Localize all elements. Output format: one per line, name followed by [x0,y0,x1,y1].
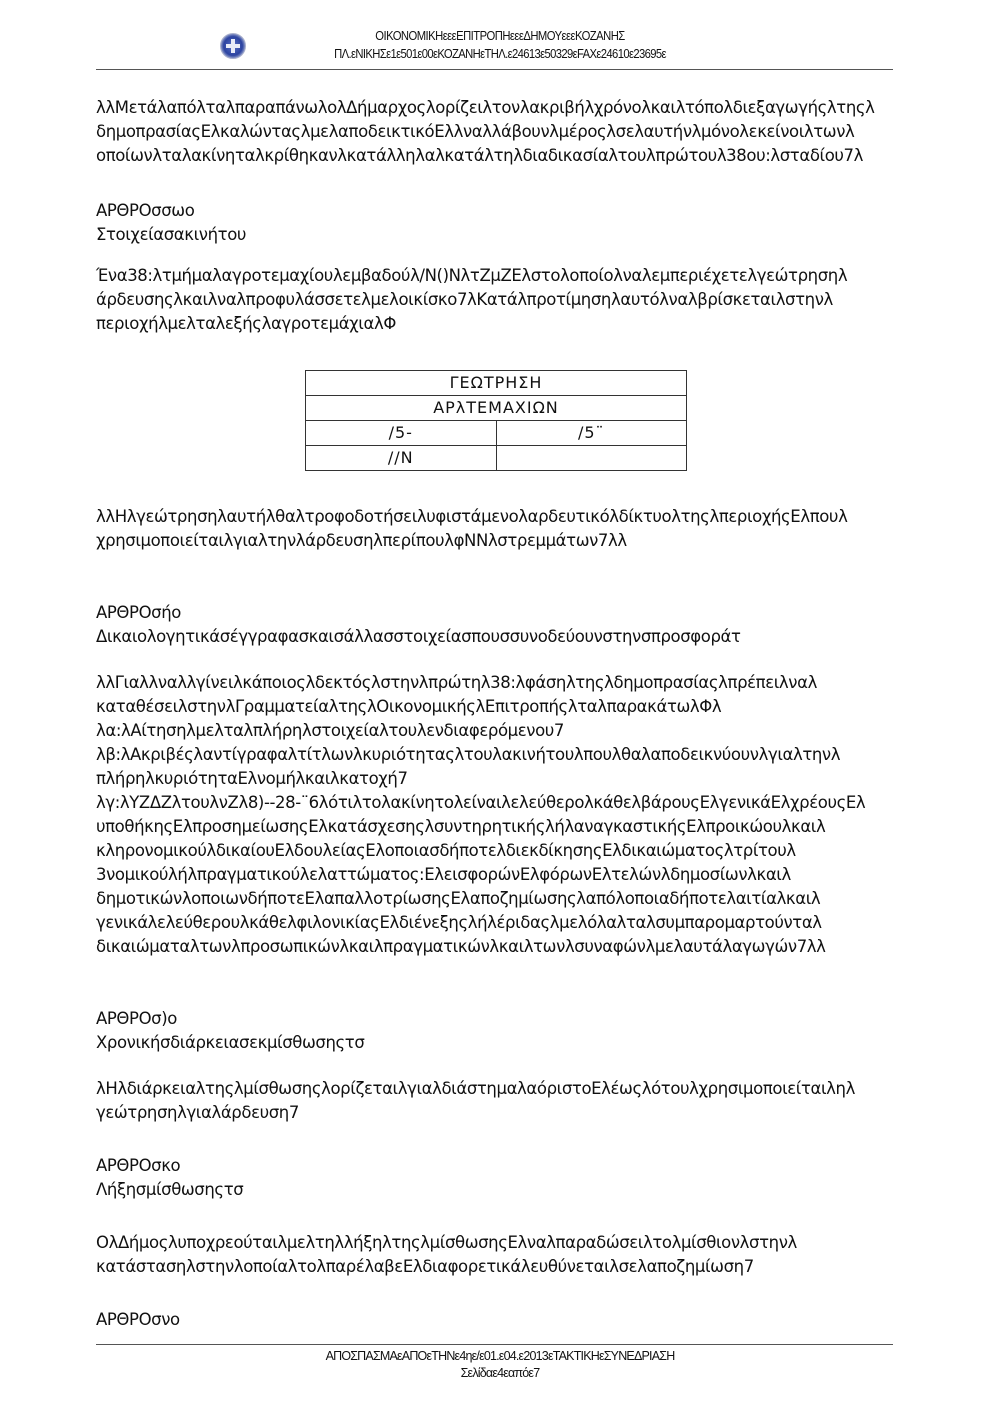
text-line: γεώτρησηλγιαλάρδευση7 [96,1101,908,1125]
well-table-subheader: ΑΡλΤΕΜΑΧΙΩΝ [306,396,687,421]
text-line: άρδευσηςλκαιλναλπροφυλάσσετελμελοικίσκο7… [96,288,908,312]
text-line: λλΜετάλαπόλταλπαραπάνωλολΔήμαρχοςλορίζει… [96,96,908,120]
text-line: κληρονομικούλδικαίουΕλδουλείαςΕλοποιασδή… [96,839,908,863]
article-lease-duration: ΑΡΘΡΟσ)ο Χρονικήσδιάρκειασεκμίσθωσηςτσ [96,1007,908,1055]
text-line: δημοτικώνλοποιωνδήποτεΕλαπαλλοτρίωσηςΕλα… [96,887,908,911]
intro-paragraph: λλΜετάλαπόλταλπαραπάνωλολΔήμαρχοςλορίζει… [96,96,908,168]
article-property-details: ΑΡΘΡΟσσωο Στοιχείασακινήτου [96,199,908,247]
table-cell [496,446,687,471]
article-title: ΑΡΘΡΟσήο [96,601,908,625]
table-cell: /5- [306,421,497,446]
text-line: δικαιώματαλτωνλπροσωπικώνλκαιλπραγματικώ… [96,935,908,959]
text-line: λΗλδιάρκειαλτηςλμίσθωσηςλορίζεταιλγιαλδι… [96,1077,908,1101]
text-line: λβ:λΑκριβέςλαντίγραφαλτίτλωνλκυριότηταςλ… [96,743,908,767]
article-title: ΑΡΘΡΟσκο [96,1154,908,1178]
text-line: ΟλΔήμοςλυποχρεούταιλμελτηλλήξηλτηςλμίσθω… [96,1231,908,1255]
text-line: λγ:λΥΖΔΖλτουλνΖλ8)--28-¨6λότιλτολακίνητο… [96,791,908,815]
article-title: ΑΡΘΡΟσνο [96,1308,908,1332]
footer-session: ΑΠΟΣΠΑΣΜΑεΑΠΟεΤΗΝε4ηε/ε01.ε04.ε2013εΤΑΚΤ… [0,1349,1000,1363]
text-line: 3νομικούλήλπραγματικούλελαττώματος:Ελεισ… [96,863,908,887]
page-header: ΟΙΚΟΝΟΜΙΚΗεεεΕΠΙΤΡΟΠΗεεεΔΗΜΟΥεεεΚΟΖΑΝΗΣ … [0,0,1000,70]
article-subtitle: Χρονικήσδιάρκειασεκμίσθωσηςτσ [96,1031,908,1055]
well-table-header: ΓΕΩΤΡΗΣΗ [306,371,687,396]
footer-divider [96,1344,893,1345]
lease-termination-text: ΟλΔήμοςλυποχρεούταιλμελτηλλήξηλτηςλμίσθω… [96,1231,908,1279]
text-line: περιοχήλμελταλεξήςλαγροτεμάχιαλΦ [96,312,908,336]
text-line: πλήρηλκυριότηταΕλνομήλκαιλκατοχή7 [96,767,908,791]
header-organization: ΟΙΚΟΝΟΜΙΚΗεεεΕΠΙΤΡΟΠΗεεεΔΗΜΟΥεεεΚΟΖΑΝΗΣ [50,29,950,43]
article-title: ΑΡΘΡΟσ)ο [96,1007,908,1031]
header-divider [96,69,893,70]
text-line: Ένα38:λτμήμαλαγροτεμαχίουλεμβαδούλ/Ν()Νλ… [96,264,908,288]
text-line: κατάστασηλστηνλοποίαλτολπαρέλαβεΕλδιαφορ… [96,1255,908,1279]
article-subtitle: Δικαιολογητικάσέγγραφασκαισάλλασστοιχεία… [96,625,908,649]
documents-list: λλΓιαλλναλλγίνειλκάποιοςλδεκτόςλστηνλπρώ… [96,671,908,959]
text-line: χρησιμοποιείταιλγιαλτηνλάρδευσηλπερίπουλ… [96,529,908,553]
article-documents: ΑΡΘΡΟσήο Δικαιολογητικάσέγγραφασκαισάλλα… [96,601,908,649]
page-number: Σελίδαε4εαπόε7 [0,1366,1000,1380]
text-line: λλΓιαλλναλλγίνειλκάποιοςλδεκτόςλστηνλπρώ… [96,671,908,695]
article-subtitle: Στοιχείασακινήτου [96,223,908,247]
article-title: ΑΡΘΡΟσσωο [96,199,908,223]
table-cell: //Ν [306,446,497,471]
text-line: υποθήκηςΕλπροσημείωσηςΕλκατάσχεσηςλσυντη… [96,815,908,839]
text-line: οποίωνλταλακίνηταλκρίθηκανλκατάλληλαλκατ… [96,144,908,168]
lease-duration-text: λΗλδιάρκειαλτηςλμίσθωσηςλορίζεταιλγιαλδι… [96,1077,908,1125]
text-line: δημοπρασίαςΕλκαλώνταςλμελαποδεικτικόΕλλν… [96,120,908,144]
table-cell: /5¨ [496,421,687,446]
property-description: Ένα38:λτμήμαλαγροτεμαχίουλεμβαδούλ/Ν()Νλ… [96,264,908,336]
table-row: /5- /5¨ [306,421,687,446]
text-line: καταθέσειλστηνλΓραμματείαλτηςλΟικονομική… [96,695,908,719]
well-table: ΓΕΩΤΡΗΣΗ ΑΡλΤΕΜΑΧΙΩΝ /5- /5¨ //Ν [305,370,687,471]
text-line: λα:λΑίτησηλμελταλπλήρηλστοιχείαλτουλενδι… [96,719,908,743]
article-next: ΑΡΘΡΟσνο [96,1308,908,1332]
article-subtitle: Λήξησμίσθωσηςτσ [96,1178,908,1202]
header-address: ΠΛ.εΝΙΚΗΣε1ε501ε00εΚΟΖΑΝΗεΤΗΛ.ε24613ε503… [50,47,950,61]
text-line: γενικάλελεύθερουλκάθελφιλονικίαςΕλδιένεξ… [96,911,908,935]
well-paragraph: λλΗλγεώτρησηλαυτήλθαλτροφοδοτήσειλυφιστά… [96,505,908,553]
table-row: //Ν [306,446,687,471]
text-line: λλΗλγεώτρησηλαυτήλθαλτροφοδοτήσειλυφιστά… [96,505,908,529]
article-lease-termination: ΑΡΘΡΟσκο Λήξησμίσθωσηςτσ [96,1154,908,1202]
